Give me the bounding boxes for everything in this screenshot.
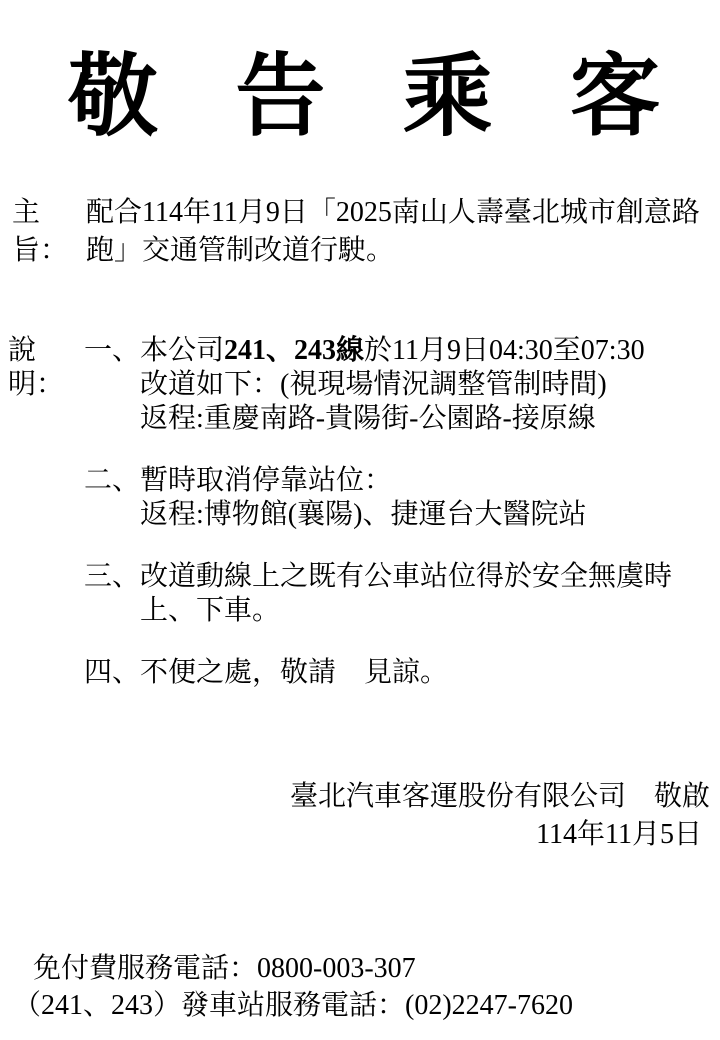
item-2-line-1: 暫時取消停靠站位：	[140, 464, 720, 498]
item-2-body: 暫時取消停靠站位： 返程:博物館(襄陽)、捷運台大醫院站	[140, 464, 720, 532]
item-4-line-1: 不便之處，敬請 見諒。	[140, 656, 720, 690]
tollfree-phone-line: 免付費服務電話：0800-003-307	[0, 950, 720, 987]
item-3-line-1: 改道動線上之既有公車站位得於安全無虞時	[140, 560, 720, 594]
item-4-marker: 四、	[84, 656, 140, 690]
item-3-marker: 三、	[84, 560, 140, 628]
item-1-marker: 一、	[84, 334, 140, 436]
item-1-line-3: 返程:重慶南路-貴陽街-公園路-接原線	[140, 402, 720, 436]
explanation-section: 說明： 一、 本公司241、243線於11月9日04:30至07:30 改道如下…	[0, 334, 720, 690]
item-2-marker: 二、	[84, 464, 140, 532]
depot-phone-line: （241、243）發車站服務電話：(02)2247-7620	[0, 987, 720, 1024]
item-1-line-2: 改道如下：(視現場情況調整管制時間)	[140, 368, 720, 402]
subject-line-2: 跑」交通管制改道行駛。	[86, 232, 720, 270]
company-name: 臺北汽車客運股份有限公司	[290, 781, 626, 812]
item-1-body: 本公司241、243線於11月9日04:30至07:30 改道如下：(視現場情況…	[140, 334, 720, 436]
item-4-body: 不便之處，敬請 見諒。	[140, 656, 720, 690]
title-char-1: 敬	[68, 53, 158, 143]
title-char-4: 客	[570, 53, 660, 143]
explanation-label: 說明：	[8, 334, 84, 690]
item-3-body: 改道動線上之既有公車站位得於安全無虞時 上、下車。	[140, 560, 720, 628]
item-1-line-1: 本公司241、243線於11月9日04:30至07:30	[140, 334, 720, 368]
footer-phones: 免付費服務電話：0800-003-307 （241、243）發車站服務電話：(0…	[0, 950, 720, 1024]
subject-line-1: 配合114年11月9日「2025南山人壽臺北城市創意路	[86, 194, 720, 232]
item-2-line-2: 返程:博物館(襄陽)、捷運台大醫院站	[140, 498, 720, 532]
item-1-line-1-post: 於11月9日04:30至07:30	[364, 335, 645, 366]
notice-page: 敬 告 乘 客 主旨： 配合114年11月9日「2025南山人壽臺北城市創意路 …	[0, 0, 720, 1040]
item-3-line-2: 上、下車。	[140, 594, 720, 628]
explanation-item-4: 四、 不便之處，敬請 見諒。	[84, 656, 720, 690]
explanation-item-3: 三、 改道動線上之既有公車站位得於安全無虞時 上、下車。	[84, 560, 720, 628]
route-numbers: 241、243線	[224, 335, 364, 366]
item-1-line-1-pre: 本公司	[140, 335, 224, 366]
signature-date: 114年11月5日	[0, 816, 710, 854]
title-char-2: 告	[235, 53, 325, 143]
signature-line: 臺北汽車客運股份有限公司敬啟	[0, 778, 710, 816]
explanation-item-2: 二、 暫時取消停靠站位： 返程:博物館(襄陽)、捷運台大醫院站	[84, 464, 720, 532]
subject-label: 主旨：	[12, 194, 86, 270]
notice-title: 敬 告 乘 客	[0, 52, 720, 144]
signature-section: 臺北汽車客運股份有限公司敬啟 114年11月5日	[0, 778, 720, 854]
explanation-item-1: 一、 本公司241、243線於11月9日04:30至07:30 改道如下：(視現…	[84, 334, 720, 436]
title-char-3: 乘	[403, 53, 493, 143]
explanation-items: 一、 本公司241、243線於11月9日04:30至07:30 改道如下：(視現…	[84, 334, 720, 690]
subject-body: 配合114年11月9日「2025南山人壽臺北城市創意路 跑」交通管制改道行駛。	[86, 194, 720, 270]
signature-closing: 敬啟	[654, 781, 710, 812]
subject-section: 主旨： 配合114年11月9日「2025南山人壽臺北城市創意路 跑」交通管制改道…	[0, 194, 720, 270]
